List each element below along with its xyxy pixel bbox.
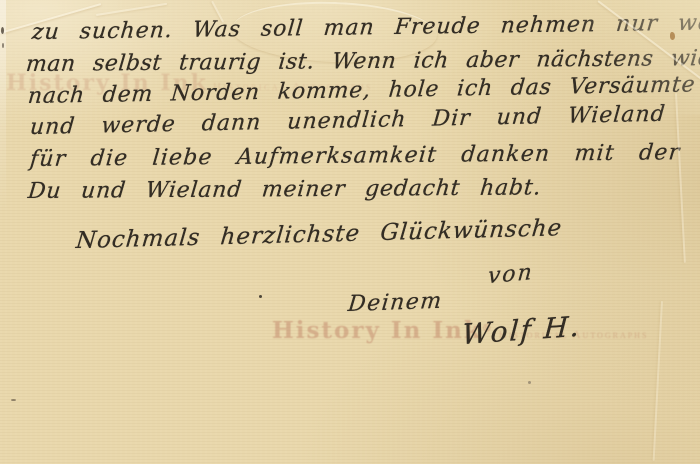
edge-fleck xyxy=(2,43,4,48)
valediction-deinem: Deinem xyxy=(347,289,444,317)
watermark-brand-text: History In Ink xyxy=(272,317,482,344)
handwriting-line-4: und werde dann unendlich Dir und Wieland xyxy=(29,102,667,140)
edge-fleck xyxy=(1,27,4,34)
handwriting-line-6: Du und Wieland meiner gedacht habt. xyxy=(27,175,543,204)
ink-speck xyxy=(259,295,262,298)
signature: Wolf H. xyxy=(461,310,582,352)
ink-speck xyxy=(11,399,16,401)
crease-right-upper xyxy=(675,93,686,263)
watermark-middle: History In Ink® Historical Autographs xyxy=(272,317,648,344)
handwriting-line-5: für die liebe Aufmerksamkeit danken mit … xyxy=(29,140,682,172)
letter-sheet: History In Ink Historical Autographs His… xyxy=(0,0,700,464)
closing-line: Nochmals herzlichste Glückwünsche xyxy=(75,215,564,254)
ink-speck xyxy=(528,381,531,384)
crease-right-lower xyxy=(653,301,663,461)
paper-speck xyxy=(670,32,675,40)
valediction-von: von xyxy=(487,260,535,289)
crease-top-left-b xyxy=(96,3,167,16)
